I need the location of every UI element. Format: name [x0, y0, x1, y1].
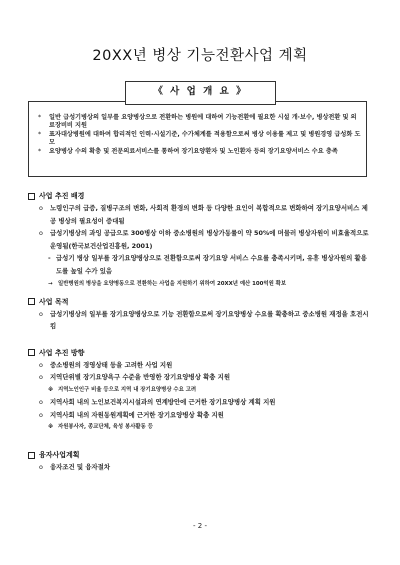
note-item: ※ 자원봉사자, 종교단체, 육성 봉사활동 등	[28, 421, 373, 433]
reference-mark-icon: ※	[48, 421, 53, 433]
summary-heading: 《 사 업 개 요 》	[125, 81, 276, 105]
dash-bullet-icon: -	[48, 252, 51, 265]
summary-item: 표자대상병원에 대하여 합리적인 인력·시설기준, 수가체계를 적용함으로써 병…	[37, 131, 362, 148]
list-item: o 지역단위별 장기요양욕구 수준을 반영한 장기요양병상 확충 지원	[28, 371, 373, 384]
circle-bullet-icon: o	[39, 461, 43, 474]
page-title: 20XX년 병상 기능전환사업 계획	[0, 44, 400, 65]
list-item: o 중소병원의 경영상태 등을 고려한 사업 지원	[28, 359, 373, 372]
section-background: 사업 추진 배경 o 노령인구의 급증, 질병구조의 변화, 사회적 환경의 변…	[28, 190, 373, 290]
circle-bullet-icon: o	[39, 227, 43, 240]
sub-item: - 급성기 병상 일부를 장기요양병상으로 전환함으로써 장기요양 서비스 수요…	[28, 252, 373, 277]
list-item: o 급성기병상의 과잉 공급으로 300병상 이하 중소병원의 병상가동률이 약…	[28, 227, 373, 252]
page-number: - 2 -	[0, 522, 400, 530]
list-item: o 융자조건 및 융자절차	[28, 461, 373, 474]
reference-mark-icon: ※	[48, 384, 53, 396]
list-item: o 지역사회 내의 자원동원계획에 근거한 장기요양병상 확충 지원	[28, 409, 373, 422]
circle-bullet-icon: o	[39, 409, 43, 422]
section-heading: 융자사업계획	[39, 449, 80, 461]
square-bullet-icon	[28, 298, 35, 305]
circle-bullet-icon: o	[39, 371, 43, 384]
note-item: → 일반병원의 병상을 요양병동으로 전환하는 사업을 지원하기 위하여 20X…	[28, 278, 373, 290]
summary-item: 요양병상 수의 확충 및 전문의료서비스를 통하여 장기요양환자 및 노인환자 …	[37, 148, 362, 156]
square-bullet-icon	[28, 193, 35, 200]
document-body: 사업 추진 배경 o 노령인구의 급증, 질병구조의 변화, 사회적 환경의 변…	[28, 190, 373, 474]
square-bullet-icon	[28, 349, 35, 356]
section-heading: 사업 추진 배경	[39, 190, 84, 202]
section-heading: 사업 목적	[39, 296, 69, 308]
section-loan-plan: 융자사업계획 o 융자조건 및 융자절차	[28, 449, 373, 474]
list-item: o 노령인구의 급증, 질병구조의 변화, 사회적 환경의 변화 등 다양한 요…	[28, 202, 373, 227]
note-item: ※ 지역노인인구 비율 등으로 지역 내 장기요양병상 수요 고려	[28, 384, 373, 396]
circle-bullet-icon: o	[39, 396, 43, 409]
list-item: o 급성기병상의 일부를 장기요양병상으로 기능 전환함으로써 장기요양병상 수…	[28, 308, 373, 333]
summary-item: 일반 급성기병상의 일부를 요양병상으로 전환하는 병원에 대하여 기능전환에 …	[37, 114, 362, 131]
square-bullet-icon	[28, 452, 35, 459]
circle-bullet-icon: o	[39, 359, 43, 372]
section-purpose: 사업 목적 o 급성기병상의 일부를 장기요양병상으로 기능 전환함으로써 장기…	[28, 296, 373, 333]
summary-list: 일반 급성기병상의 일부를 요양병상으로 전환하는 병원에 대하여 기능전환에 …	[37, 114, 362, 156]
circle-bullet-icon: o	[39, 202, 43, 215]
section-heading: 사업 추진 방향	[39, 347, 84, 359]
list-item: o 지역사회 내의 노인보건복지시설과의 연계방안에 근거한 장기요양병상 계획…	[28, 396, 373, 409]
circle-bullet-icon: o	[39, 308, 43, 321]
arrow-bullet-icon: →	[48, 278, 53, 290]
section-direction: 사업 추진 방향 o 중소병원의 경영상태 등을 고려한 사업 지원 o 지역단…	[28, 347, 373, 433]
